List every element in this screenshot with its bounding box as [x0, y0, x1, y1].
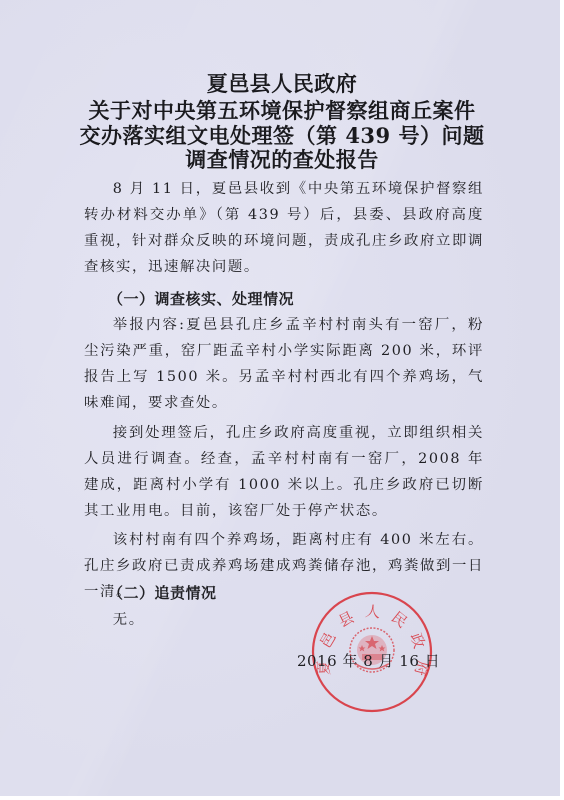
- complaint-paragraph: 举报内容:夏邑县孔庄乡孟辛村村南头有一窑厂，粉尘污染严重，窑厂距孟辛村小学实际距…: [84, 312, 484, 416]
- title-line-4: 调查情况的查处报告: [0, 147, 564, 172]
- investigation-paragraph: 接到处理签后，孔庄乡政府高度重视，立即组织相关人员进行调查。经查，孟辛村村南有一…: [84, 420, 484, 524]
- investigation-paragraph-block: 接到处理签后，孔庄乡政府高度重视，立即组织相关人员进行调查。经查，孟辛村村南有一…: [84, 420, 484, 524]
- document-page: 夏邑县人民政府 关于对中央第五环境保护督察组商丘案件 交办落实组文电处理签（第 …: [0, 0, 560, 796]
- intro-paragraph: 8 月 11 日，夏邑县收到《中央第五环境保护督察组转办材料交办单》（第 439…: [84, 176, 484, 280]
- title-line-3: 交办落实组文电处理签（第 439 号）问题: [0, 123, 564, 148]
- title-line-2: 关于对中央第五环境保护督察组商丘案件: [0, 98, 564, 123]
- title-line-issuer: 夏邑县人民政府: [0, 71, 564, 96]
- complaint-paragraph-block: 举报内容:夏邑县孔庄乡孟辛村村南头有一窑厂，粉尘污染严重，窑厂距孟辛村小学实际距…: [84, 312, 484, 416]
- section1-heading-block: （一）调查核实、处理情况: [84, 286, 484, 312]
- intro-paragraph-block: 8 月 11 日，夏邑县收到《中央第五环境保护督察组转办材料交办单》（第 439…: [84, 176, 484, 280]
- section1-heading: （一）调查核实、处理情况: [84, 286, 484, 312]
- report-date: 2016 年 8 月 16 日: [297, 650, 440, 671]
